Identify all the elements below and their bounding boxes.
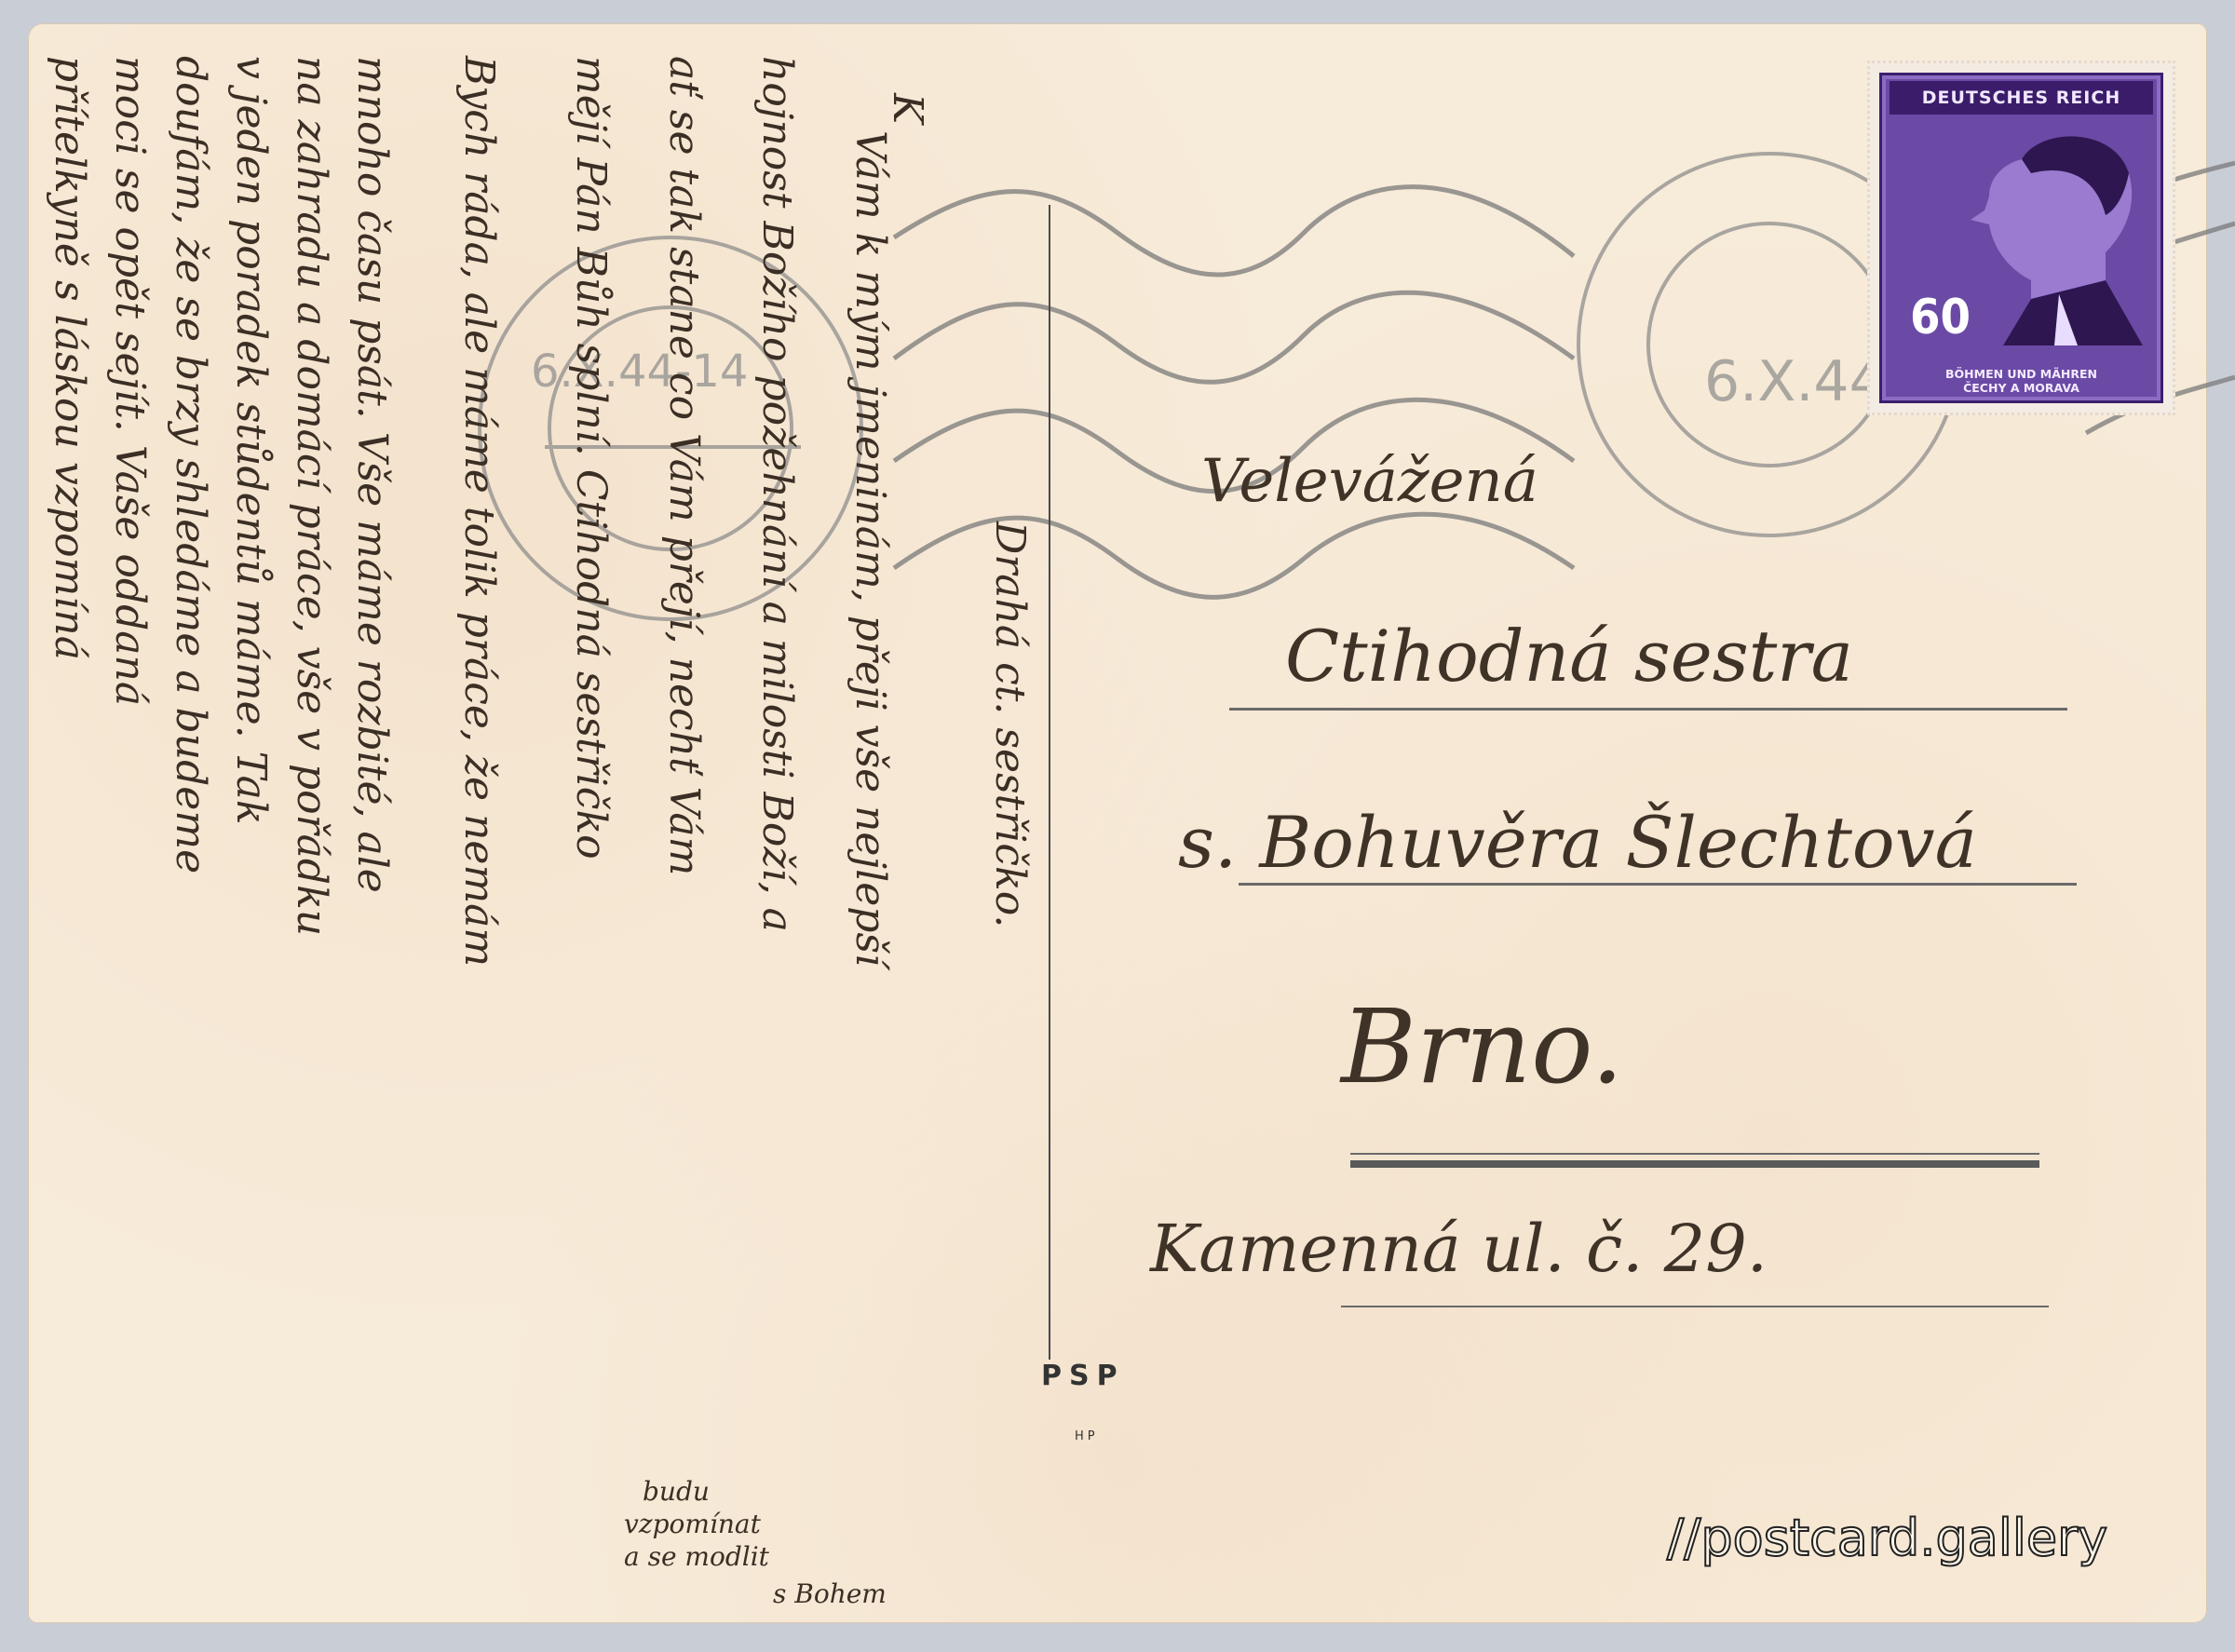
stamp-country: DEUTSCHES REICH	[1890, 81, 2153, 115]
address-line2: s. Bohuvěra Šlechtová	[1178, 801, 1977, 884]
address-line1: Ctihodná sestra	[1285, 615, 1853, 697]
publisher-code: HP	[1049, 1429, 1125, 1443]
svg-text:6.X.44-14: 6.X.44-14	[531, 345, 748, 398]
address-rule	[1341, 1306, 2049, 1307]
message-line: mnoho času psát. Vše máme rozbité, ale	[348, 56, 396, 893]
message-line: hojnost Božího požehnání a milosti Boží,…	[753, 56, 801, 932]
message-line: doufám, že se brzy shledáme a budeme	[167, 56, 214, 873]
message-line: v jeden poradek stůdentů máme. Tak	[227, 56, 275, 825]
stamp-issuer: BÖHMEN UND MÄHREN ČECHY A MORAVA	[1882, 367, 2160, 395]
postage-stamp: DEUTSCHES REICH 60 BÖHMEN UND MÄHREN ČEC…	[1867, 61, 2175, 415]
svg-text:6.X.44: 6.X.44	[1704, 349, 1885, 414]
message-line: ať se tak stane co Vám přejí, nechť Vám	[660, 56, 708, 875]
address-rule	[1350, 1153, 2039, 1155]
address-rule	[1229, 708, 2067, 711]
portrait-icon	[1966, 122, 2143, 345]
message-signature: Drahá ct. sestřičko.	[986, 521, 1034, 928]
address-rule-double	[1350, 1160, 2039, 1168]
message-greeting: K	[884, 93, 931, 124]
address-salutation: Velevážená	[1201, 447, 1538, 516]
address-city: Brno.	[1341, 987, 1624, 1106]
address-street: Kamenná ul. č. 29.	[1150, 1211, 1768, 1287]
message-line: přítelkyně s láskou vzpomíná	[46, 56, 93, 660]
footnote-line: a se modlit	[624, 1541, 769, 1572]
publisher-logo: PSP	[1041, 1360, 1125, 1392]
footnote-line: vzpomínat	[624, 1509, 761, 1539]
watermark: //postcard.gallery	[1667, 1509, 2107, 1567]
message-line: Vám k mým jmeninám, přeji vše nejlepší	[847, 130, 894, 967]
publisher-mark: PSP HP	[1041, 1360, 1125, 1443]
message-line: na zahradu a domácí práce, vše v pořádku	[288, 56, 335, 936]
message-line: moci se opět sejít. Vaše oddaná	[106, 56, 154, 706]
message-line: Bych ráda, ale máme tolik práce, že nemá…	[455, 56, 503, 967]
footnote-line: s Bohem	[773, 1578, 887, 1609]
message-line: mějí Pán Bůh splní. Ctihodná sestřičko	[567, 56, 615, 860]
center-divider	[1049, 205, 1050, 1360]
address-rule	[1239, 883, 2077, 886]
footnote-line: budu	[643, 1476, 710, 1507]
stamp-value: 60	[1910, 290, 1971, 345]
